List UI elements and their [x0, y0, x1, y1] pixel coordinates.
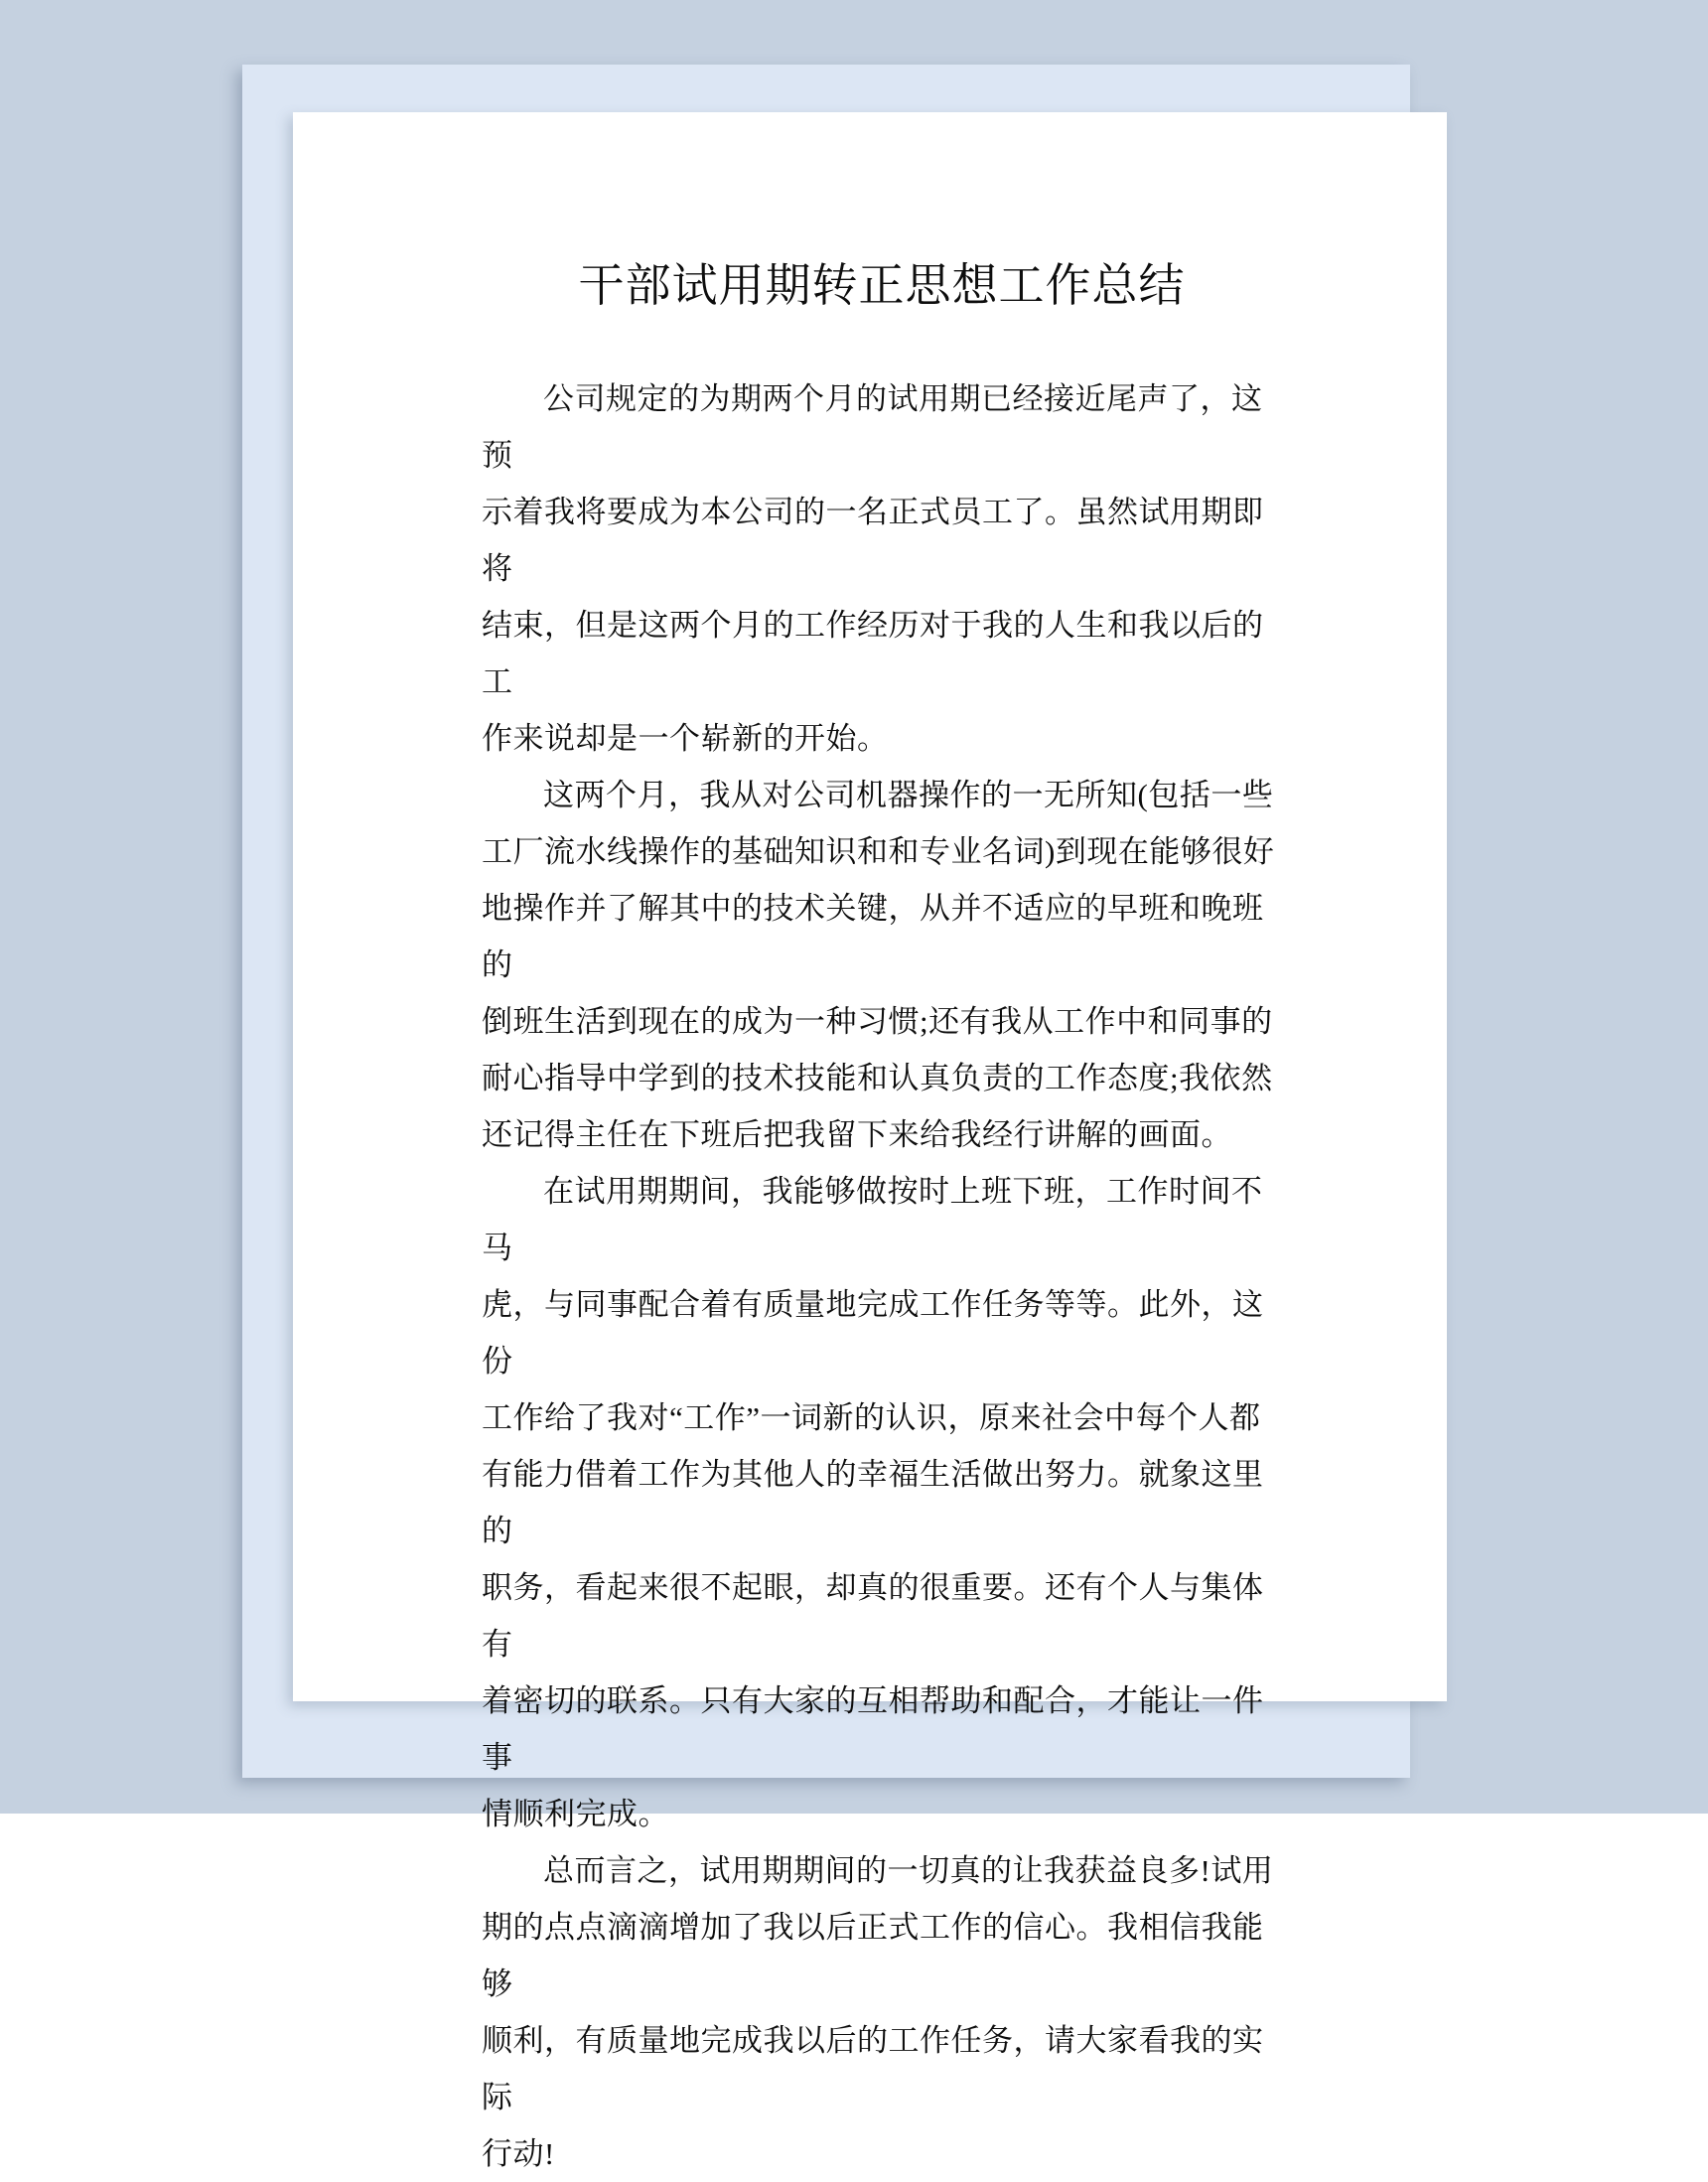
document-paragraph-3: 在试用期期间，我能够做按时上班下班，工作时间不马 虎，与同事配合着有质量地完成工… — [482, 1163, 1282, 1814]
document-body: 公司规定的为期两个月的试用期已经接近尾声了，这预 示着我将要成为本公司的一名正式… — [482, 370, 1282, 1814]
desk-background: 干部试用期转正思想工作总结 公司规定的为期两个月的试用期已经接近尾声了，这预 示… — [0, 0, 1708, 1814]
document-paragraph-2: 这两个月，我从对公司机器操作的一无所知(包括一些 工厂流水线操作的基础知识和和专… — [482, 767, 1282, 1163]
document-title: 干部试用期转正思想工作总结 — [482, 263, 1282, 309]
document-page: 干部试用期转正思想工作总结 公司规定的为期两个月的试用期已经接近尾声了，这预 示… — [293, 112, 1447, 1701]
document-paragraph-1: 公司规定的为期两个月的试用期已经接近尾声了，这预 示着我将要成为本公司的一名正式… — [482, 370, 1282, 767]
